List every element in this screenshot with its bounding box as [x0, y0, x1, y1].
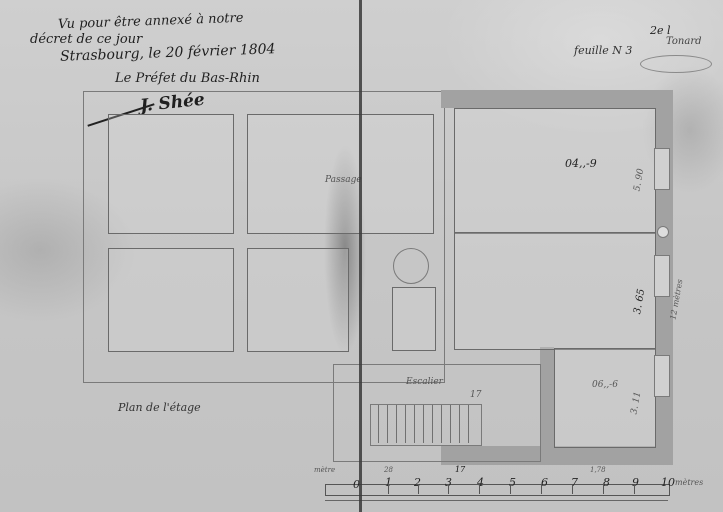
room-top-right-label: 04,,-9 [565, 157, 597, 170]
column-marker [657, 226, 669, 238]
document-sheet: Vu pour être annexé à notre décret de ce… [0, 0, 723, 512]
scale-division [448, 484, 449, 494]
scale-division [418, 484, 419, 494]
room-label-passage: Passage [325, 175, 362, 185]
scale-tick-10: 10 [661, 476, 675, 489]
room-top-right [454, 108, 656, 234]
stair-step [396, 405, 397, 443]
stair-step [459, 405, 460, 443]
stair-hall-label: Escalier [406, 377, 443, 387]
stair-step [405, 405, 406, 443]
stair-step [387, 405, 388, 443]
window-1 [654, 148, 670, 190]
bottom-dim-2: 28 [384, 466, 393, 474]
wall-inner-bottom [540, 347, 554, 447]
scale-bar-lower [325, 500, 668, 501]
stair-step [441, 405, 442, 443]
round-stove [393, 248, 429, 284]
bottom-dim-5: 1,78 [590, 466, 606, 474]
plan-title: Plan de l'étage [118, 401, 201, 414]
annotation-line-2: décret de ce jour [30, 32, 142, 47]
scale-bar [325, 484, 670, 496]
sheet-corner-flourish [640, 55, 712, 73]
window-3 [654, 355, 670, 397]
page-fold [359, 0, 362, 512]
room-bottom-right-label: 06,,-6 [592, 380, 618, 390]
scale-division [603, 484, 604, 494]
stair-step [414, 405, 415, 443]
annotation-line-1: Vu pour être annexé à notre [58, 11, 244, 32]
scale-division [634, 484, 635, 494]
small-closet [392, 287, 436, 351]
stair-step [432, 405, 433, 443]
left-block-top-b [247, 114, 434, 234]
wall-top [441, 90, 673, 108]
left-block-bottom-b [247, 248, 349, 352]
stair-step [423, 405, 424, 443]
scale-unit: mètres [675, 478, 703, 487]
bottom-dim-3: 17 [455, 465, 465, 474]
left-block-bottom-a [108, 248, 234, 352]
bottom-dim-1: mètre [314, 466, 335, 474]
scale-tick-8: 8 [603, 476, 610, 489]
stair-hall-dimension: 17 [470, 390, 481, 400]
scale-division [388, 484, 389, 494]
room-mid-right [454, 232, 656, 350]
scale-tick-6: 6 [541, 476, 548, 489]
stair-step [378, 405, 379, 443]
scale-division [541, 484, 542, 494]
sheet-label: feuille N 3 [574, 44, 632, 57]
sheet-corner-name: Tonard [666, 36, 702, 47]
scale-division [572, 484, 573, 494]
annotation-line-4: Le Préfet du Bas-Rhin [115, 71, 260, 86]
scale-division [479, 484, 480, 494]
stair-step [450, 405, 451, 443]
scale-division [510, 484, 511, 494]
stair-step [468, 405, 469, 443]
window-2 [654, 255, 670, 297]
left-block-top-a [108, 114, 234, 234]
